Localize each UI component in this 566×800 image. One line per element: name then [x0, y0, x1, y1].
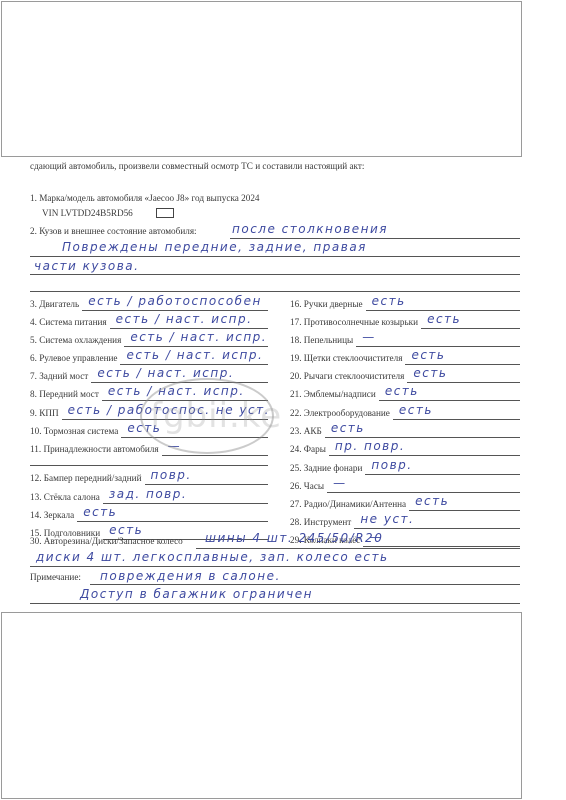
- rule: [124, 346, 268, 347]
- rule: [30, 291, 520, 292]
- tires-value: шины 4 шт. 245/50/R20: [205, 531, 383, 545]
- checklist-label: 21. Эмблемы/надписи: [290, 389, 376, 399]
- rule: [30, 603, 520, 604]
- vin-label: VIN LVTDD24B5RD56: [42, 208, 133, 218]
- rule: [110, 328, 268, 329]
- rule: [363, 546, 520, 547]
- checklist-value: есть / наст. испр.: [116, 312, 253, 326]
- checklist-value: есть: [83, 505, 117, 519]
- rule: [82, 310, 268, 311]
- rule: [196, 548, 520, 549]
- rule: [329, 455, 520, 456]
- checklist-label: 6. Рулевое управление: [30, 353, 117, 363]
- checklist-label: 17. Противосолнечные козырьки: [290, 317, 418, 327]
- checklist-label: 25. Задние фонари: [290, 463, 362, 473]
- rule: [407, 382, 520, 383]
- note-line2: Доступ в багажник ограничен: [80, 587, 313, 601]
- rule: [356, 346, 520, 347]
- rule: [30, 256, 520, 257]
- checklist-value: пр. повр.: [335, 439, 405, 453]
- checklist-label: 10. Тормозная система: [30, 426, 118, 436]
- checklist-label: 12. Бампер передний/задний: [30, 473, 142, 483]
- checklist-value: есть / наст. испр.: [130, 330, 267, 344]
- checklist-label: 20. Рычаги стеклоочистителя: [290, 371, 404, 381]
- checklist-value: повр.: [371, 458, 412, 472]
- checklist-value: —: [362, 330, 376, 344]
- checklist-label: 27. Радио/Динамики/Антенна: [290, 499, 406, 509]
- vin-box: [156, 208, 174, 218]
- intro-text: сдающий автомобиль, произвели совместный…: [30, 161, 364, 171]
- note-line1: повреждения в салоне.: [100, 569, 281, 583]
- body-condition-hw-1: после столкновения: [232, 222, 388, 236]
- checklist-value: есть: [411, 348, 445, 362]
- rule: [30, 566, 520, 567]
- checklist-label: 14. Зеркала: [30, 510, 74, 520]
- checklist-value: есть: [415, 494, 449, 508]
- body-condition-label: 2. Кузов и внешнее состояние автомобиля:: [30, 226, 197, 236]
- rule: [77, 521, 268, 522]
- checklist-value: есть: [413, 366, 447, 380]
- checklist-value: есть: [372, 294, 406, 308]
- rule: [30, 274, 520, 275]
- checklist-label: 11. Принадлежности автомобиля: [30, 444, 159, 454]
- rule: [365, 474, 520, 475]
- rule: [354, 528, 520, 529]
- rule: [409, 510, 520, 511]
- checklist-label: 18. Пепельницы: [290, 335, 353, 345]
- checklist-label: 16. Ручки дверные: [290, 299, 363, 309]
- rule: [379, 400, 520, 401]
- checklist-label: 13. Стёкла салона: [30, 492, 100, 502]
- rule: [162, 455, 268, 456]
- checklist-value: есть / наст. испр.: [126, 348, 263, 362]
- note-label: Примечание:: [30, 572, 81, 582]
- rule: [120, 364, 268, 365]
- rule: [90, 584, 520, 585]
- rule: [230, 238, 520, 239]
- checklist-value: есть: [331, 421, 365, 435]
- checklist-label: 5. Система охлаждения: [30, 335, 121, 345]
- checklist-label: 19. Щетки стеклоочистителя: [290, 353, 402, 363]
- rule: [327, 492, 520, 493]
- checklist-value: —: [333, 476, 347, 490]
- checklist-label: 3. Двигатель: [30, 299, 79, 309]
- checklist-value: есть / работоспособен: [88, 294, 262, 308]
- rule: [405, 364, 520, 365]
- redacted-area-bottom: [1, 612, 522, 799]
- rule: [145, 484, 269, 485]
- tires-line2: диски 4 шт. легкосплавные, зап. колесо е…: [36, 550, 389, 564]
- checklist-label: 24. Фары: [290, 444, 326, 454]
- checklist-label: 28. Инструмент: [290, 517, 351, 527]
- redacted-area-top: [1, 1, 522, 157]
- watermark: fgbii.ke: [150, 396, 282, 436]
- checklist-label: 26. Часы: [290, 481, 324, 491]
- checklist-value: есть: [427, 312, 461, 326]
- vehicle-model-label: 1. Марка/модель автомобиля «Jaecoo J8» г…: [30, 193, 260, 203]
- body-condition-hw-3: части кузова.: [34, 259, 139, 273]
- rule: [325, 437, 520, 438]
- rule: [103, 503, 268, 504]
- checklist-label: 4. Система питания: [30, 317, 107, 327]
- rule: [30, 465, 268, 466]
- checklist-label: 8. Передний мост: [30, 389, 99, 399]
- checklist-value: есть: [385, 384, 419, 398]
- rule: [393, 419, 520, 420]
- rule: [421, 328, 520, 329]
- checklist-label: 23. АКБ: [290, 426, 322, 436]
- checklist-value: есть: [109, 523, 143, 537]
- checklist-label: 7. Задний мост: [30, 371, 88, 381]
- checklist-value: есть: [399, 403, 433, 417]
- checklist-label: 22. Электрооборудование: [290, 408, 390, 418]
- checklist-value: зад. повр.: [109, 487, 187, 501]
- checklist-value: не уст.: [360, 512, 414, 526]
- tires-label: 30. Авторезина/Диски/Запасное колесо: [30, 536, 183, 546]
- body-condition-hw-2: Повреждены передние, задние, правая: [62, 240, 367, 254]
- rule: [366, 310, 520, 311]
- checklist-value: повр.: [151, 468, 192, 482]
- checklist-label: 9. КПП: [30, 408, 59, 418]
